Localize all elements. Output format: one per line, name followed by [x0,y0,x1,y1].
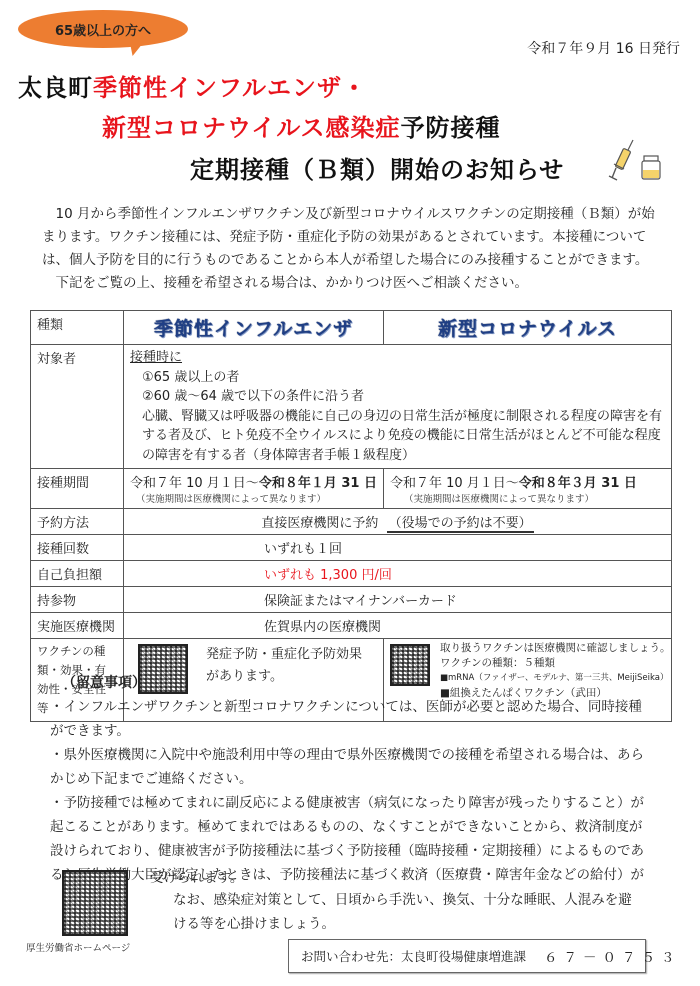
target-lead: 接種時に [130,348,665,368]
vaccine-info-covid-line-1: 取り扱うワクチンは医療機関に確認しましょう。 [440,641,670,656]
title-line-1: 太良町季節性インフルエンザ・ [18,68,367,103]
items-value: 保険証またはマイナンバーカード [124,587,672,613]
syringe-vial-icon [606,138,666,182]
contact-label: お問い合わせ先：太良町役場健康増進課 [301,947,526,965]
vaccination-info-table: 種類 季節性インフルエンザ 新型コロナウイルス 対象者 接種時に ①65 歳以上… [30,310,672,722]
doses-value: いずれも１回 [124,535,672,561]
row-label-items: 持参物 [31,587,124,613]
closing-text: なお、感染症対策として、日頃から手洗い、換気、十分な睡眠、人混みを避ける等を心掛… [173,888,643,936]
table-row-reservation: 予約方法 直接医療機関に予約 （役場での予約は不要） [31,509,672,535]
row-label-cost: 自己負担額 [31,561,124,587]
title-covid: 新型コロナウイルス感染症 [102,114,401,142]
title-influenza: 季節性インフルエンザ・ [93,74,367,102]
period-influenza-start: 令和７年 10 月１日～ [130,476,259,491]
title-line-2: 新型コロナウイルス感染症予防接種 [102,108,501,143]
period-note-influenza: （実施期間は医療機関によって異なります） [130,491,377,505]
cost-value: いずれも 1,300 円/回 [124,561,672,587]
note-item: ・県外医療機関に入院中や施設利用中等の理由で県外医療機関での接種を希望される場合… [50,743,655,791]
target-item-2: ②60 歳～64 歳で以下の条件に沿う者 [130,387,665,407]
row-label-facilities: 実施医療機関 [31,613,124,639]
intro-text: 10 月から季節性インフルエンザワクチン及び新型コロナウイルスワクチンの定期接種… [42,203,667,295]
vaccine-info-covid-line-2: ワクチンの種類：５種類 [440,656,670,671]
target-item-1: ①65 歳以上の者 [130,368,665,388]
target-condition: 心臓、腎臓又は呼吸器の機能に自己の身辺の日常生活が極度に制限される程度の障害を有… [130,407,665,466]
reservation-method: 直接医療機関に予約 [261,516,378,531]
title-town: 太良町 [18,74,93,102]
table-row-period: 接種期間 令和７年 10 月１日～令和８年１月 31 日 （実施期間は医療機関に… [31,469,672,509]
period-influenza-end: 令和８年１月 31 日 [259,476,377,491]
target-cell: 接種時に ①65 歳以上の者 ②60 歳～64 歳で以下の条件に沿う者 心臓、腎… [124,345,672,469]
vaccine-info-influenza-line-1: 発症予防・重症化予防効果 [206,644,362,666]
facilities-value: 佐賀県内の医療機関 [124,613,672,639]
row-label-target: 対象者 [31,345,124,469]
qr-caption: 厚生労働省ホームページ [26,940,130,954]
audience-label: 65歳以上の方へ [55,20,151,39]
reservation-cell: 直接医療機関に予約 （役場での予約は不要） [124,509,672,535]
period-influenza: 令和７年 10 月１日～令和８年１月 31 日 （実施期間は医療機関によって異な… [124,469,384,509]
table-row-doses: 接種回数 いずれも１回 [31,535,672,561]
row-label-doses: 接種回数 [31,535,124,561]
period-note-covid: （実施期間は医療機関によって異なります） [390,491,665,505]
contact-phone[interactable]: ６７－０７５３ [544,946,681,966]
column-header-influenza: 季節性インフルエンザ [124,311,384,345]
period-covid-end: 令和８年３月 31 日 [519,476,637,491]
note-item: ・予防接種では極めてまれに副反応による健康被害（病気になったり障害が残ったりする… [50,791,655,887]
table-row-cost: 自己負担額 いずれも 1,300 円/回 [31,561,672,587]
title-vaccination: 予防接種 [401,114,501,142]
bubble-tail [127,40,146,56]
period-covid-start: 令和７年 10 月１日～ [390,476,519,491]
reservation-note: （役場での予約は不要） [387,516,534,533]
issue-date: 令和７年９月 16 日発行 [527,38,680,58]
table-row-facilities: 実施医療機関 佐賀県内の医療機関 [31,613,672,639]
title-line-3: 定期接種（Ｂ類）開始のお知らせ [190,150,564,185]
qr-code-mhlw[interactable] [62,870,128,936]
period-covid: 令和７年 10 月１日～令和８年３月 31 日 （実施期間は医療機関によって異な… [383,469,671,509]
intro-paragraph-2: 下記をご覧の上、接種を希望される場合は、かかりつけ医へご相談ください。 [42,272,667,295]
vial-icon [642,156,660,179]
intro-paragraph-1: 10 月から季節性インフルエンザワクチン及び新型コロナウイルスワクチンの定期接種… [42,203,667,272]
row-label-reservation: 予約方法 [31,509,124,535]
syringe-icon [609,140,633,180]
contact-box: お問い合わせ先：太良町役場健康増進課 ６７－０７５３ [288,939,646,973]
notes-section: （留意事項） ・インフルエンザワクチンと新型コロナワクチンについては、医師が必要… [50,672,655,887]
note-item: ・インフルエンザワクチンと新型コロナワクチンについては、医師が必要と認めた場合、… [50,695,655,743]
row-label-period: 接種期間 [31,469,124,509]
notes-title: （留意事項） [62,672,655,692]
note-continuation: 受けられます。 [150,866,243,886]
table-row-target: 対象者 接種時に ①65 歳以上の者 ②60 歳～64 歳で以下の条件に沿う者 … [31,345,672,469]
table-row-items: 持参物 保険証またはマイナンバーカード [31,587,672,613]
audience-bubble: 65歳以上の方へ [18,10,188,48]
row-label-type: 種類 [31,311,124,345]
column-header-covid: 新型コロナウイルス [383,311,671,345]
table-row-type: 種類 季節性インフルエンザ 新型コロナウイルス [31,311,672,345]
